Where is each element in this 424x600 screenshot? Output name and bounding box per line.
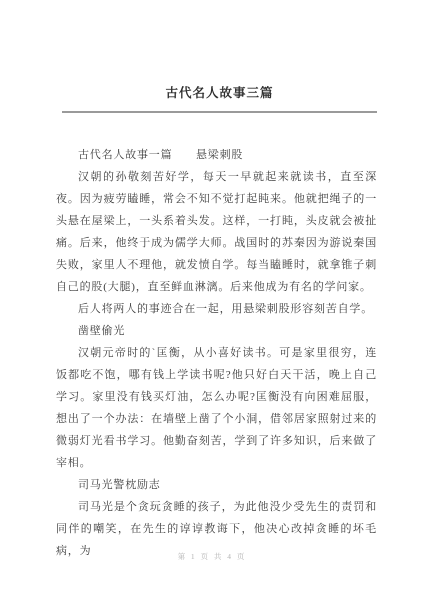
body-paragraph: 后人将两人的事迹合在一起，用悬梁刺股形容刻苦自学。 [56, 298, 377, 320]
page-footer: 第 1 页 共 4 页 [0, 546, 424, 564]
section-heading: 凿壁偷光 [56, 320, 377, 342]
page-title: 古代名人故事三篇 [62, 86, 377, 101]
body-paragraph: 汉朝的孙敬刻苦好学，每天一早就起来就读书，直至深夜。因为疲劳瞌睡，常会不知不觉打… [56, 166, 377, 298]
title-divider [62, 111, 377, 113]
story-heading: 古代名人故事一篇 悬梁刺股 [56, 144, 377, 166]
section-heading: 司马光警枕励志 [56, 474, 377, 496]
page-content: 古代名人故事三篇 古代名人故事一篇 悬梁刺股 汉朝的孙敬刻苦好学，每天一早就起来… [0, 0, 424, 562]
document-page: 古代名人故事三篇 古代名人故事一篇 悬梁刺股 汉朝的孙敬刻苦好学，每天一早就起来… [0, 0, 424, 600]
body-paragraph: 汉朝元帝时的ˋ匡衡，从小喜好读书。可是家里很穷，连饭都吃不饱，哪有钱上学读书呢?… [56, 342, 377, 474]
document-body: 古代名人故事一篇 悬梁刺股 汉朝的孙敬刻苦好学，每天一早就起来就读书，直至深夜。… [56, 144, 377, 562]
page-number: 第 1 页 共 4 页 [178, 552, 247, 561]
